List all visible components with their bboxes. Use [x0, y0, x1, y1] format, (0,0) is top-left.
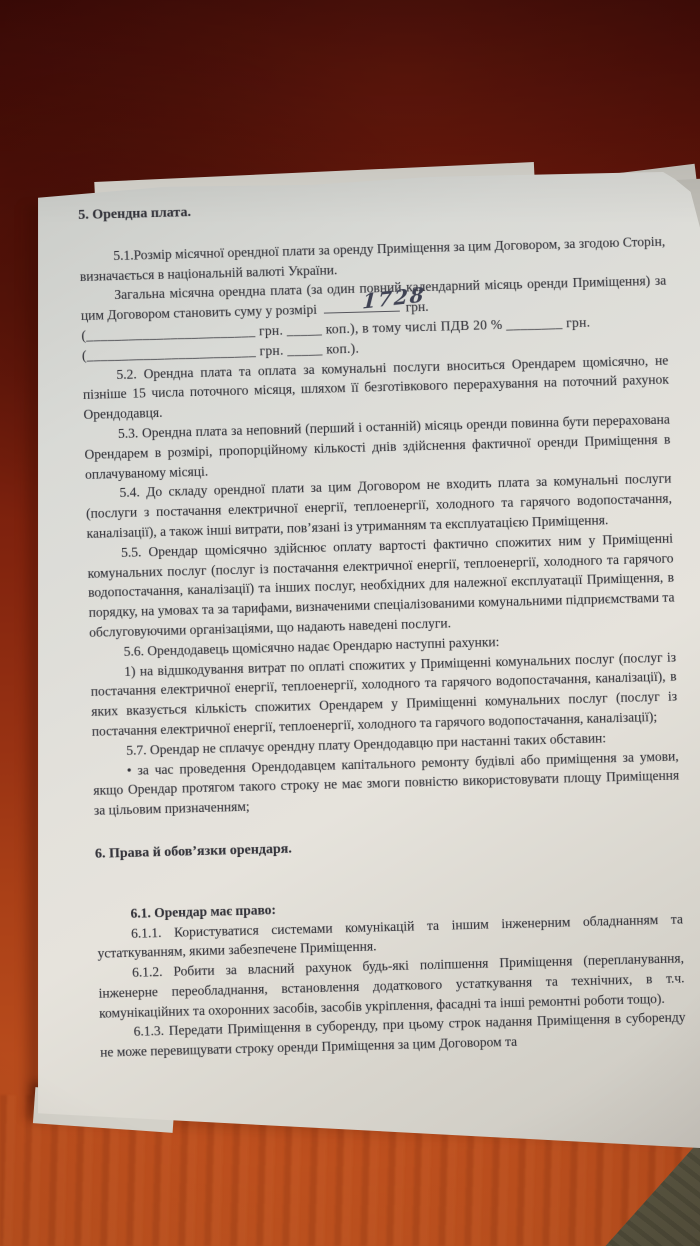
paragraph-5-6-item-1: 1) на відшкодування витрат по оплаті спо… — [90, 647, 678, 742]
contract-page: 5. Орендна плата. 5.1.Розмір місячної ор… — [30, 160, 700, 1155]
section-6-title: 6. Права й обов’язки орендаря. — [95, 829, 681, 864]
rent-amount-blank-line: 1728 — [323, 298, 399, 314]
photo-scene: 5. Орендна плата. 5.1.Розмір місячної ор… — [0, 0, 700, 1246]
paragraph-5-5: 5.5. Орендар щомісячно здійснює оплату в… — [87, 528, 675, 642]
document-text: 5. Орендна плата. 5.1.Розмір місячної ор… — [78, 191, 686, 1063]
